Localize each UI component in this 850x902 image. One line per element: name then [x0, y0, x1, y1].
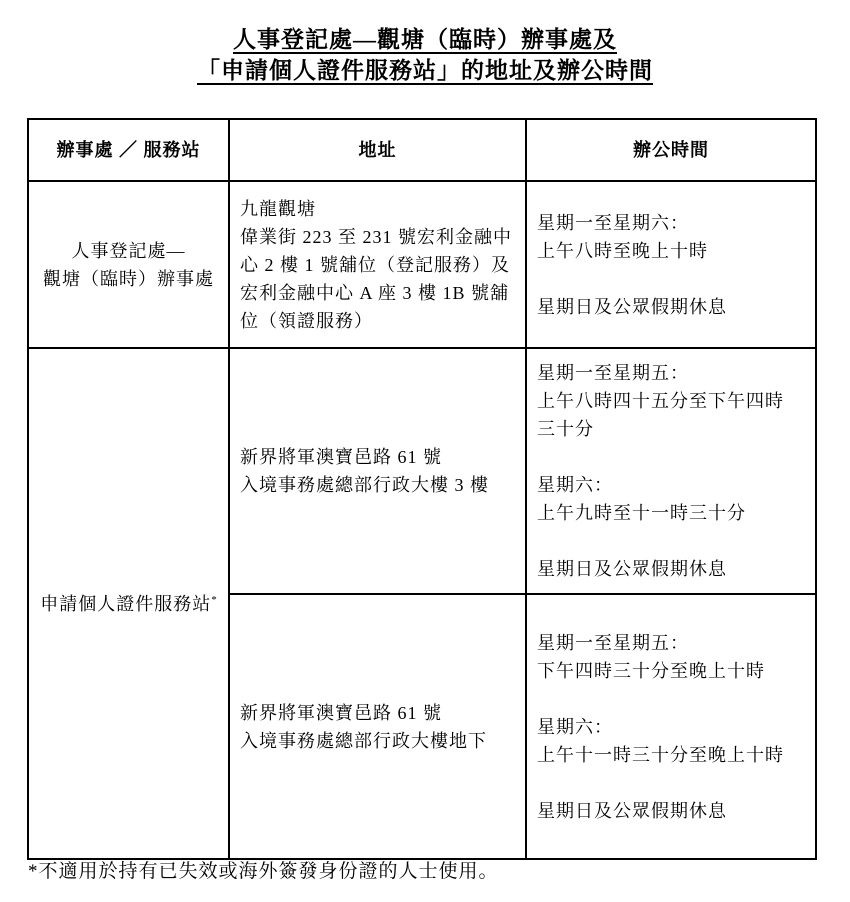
header-office-hours: 辦公時間: [526, 119, 816, 181]
address-cell: 新界將軍澳寶邑路 61 號 入境事務處總部行政大樓 3 樓: [229, 348, 526, 594]
title-line-1: 人事登記處—觀塘（臨時）辦事處及: [0, 24, 850, 55]
table-row-kwun-tong-office: 人事登記處— 觀塘（臨時）辦事處 九龍觀塘 偉業街 223 至 231 號宏利金…: [28, 181, 816, 348]
document-page: 人事登記處—觀塘（臨時）辦事處及 「申請個人證件服務站」的地址及辦公時間 辦事處…: [0, 0, 850, 902]
hours-cell: 星期一至星期五： 上午八時四十五分至下午四時 三十分 星期六： 上午九時至十一時…: [526, 348, 816, 594]
service-station-label: 申請個人證件服務站: [40, 594, 211, 614]
footnote-marker: *: [211, 594, 217, 606]
header-office-station: 辦事處 ／ 服務站: [28, 119, 229, 181]
table-row-service-station-1: 申請個人證件服務站* 新界將軍澳寶邑路 61 號 入境事務處總部行政大樓 3 樓…: [28, 348, 816, 594]
hours-cell: 星期一至星期五： 下午四時三十分至晚上十時 星期六： 上午十一時三十分至晚上十時…: [526, 594, 816, 859]
header-address: 地址: [229, 119, 526, 181]
address-cell: 九龍觀塘 偉業街 223 至 231 號宏利金融中 心 2 樓 1 號舖位（登記…: [229, 181, 526, 348]
office-hours-table: 辦事處 ／ 服務站 地址 辦公時間 人事登記處— 觀塘（臨時）辦事處 九龍觀塘 …: [27, 118, 817, 860]
document-title: 人事登記處—觀塘（臨時）辦事處及 「申請個人證件服務站」的地址及辦公時間: [0, 24, 850, 86]
address-cell: 新界將軍澳寶邑路 61 號 入境事務處總部行政大樓地下: [229, 594, 526, 859]
hours-cell: 星期一至星期六： 上午八時至晚上十時 星期日及公眾假期休息: [526, 181, 816, 348]
footnote-text: *不適用於持有已失效或海外簽發身份證的人士使用。: [28, 858, 499, 886]
service-station-name-cell: 申請個人證件服務站*: [28, 348, 229, 859]
office-name-cell: 人事登記處— 觀塘（臨時）辦事處: [28, 181, 229, 348]
title-line-2: 「申請個人證件服務站」的地址及辦公時間: [0, 55, 850, 86]
table-header-row: 辦事處 ／ 服務站 地址 辦公時間: [28, 119, 816, 181]
